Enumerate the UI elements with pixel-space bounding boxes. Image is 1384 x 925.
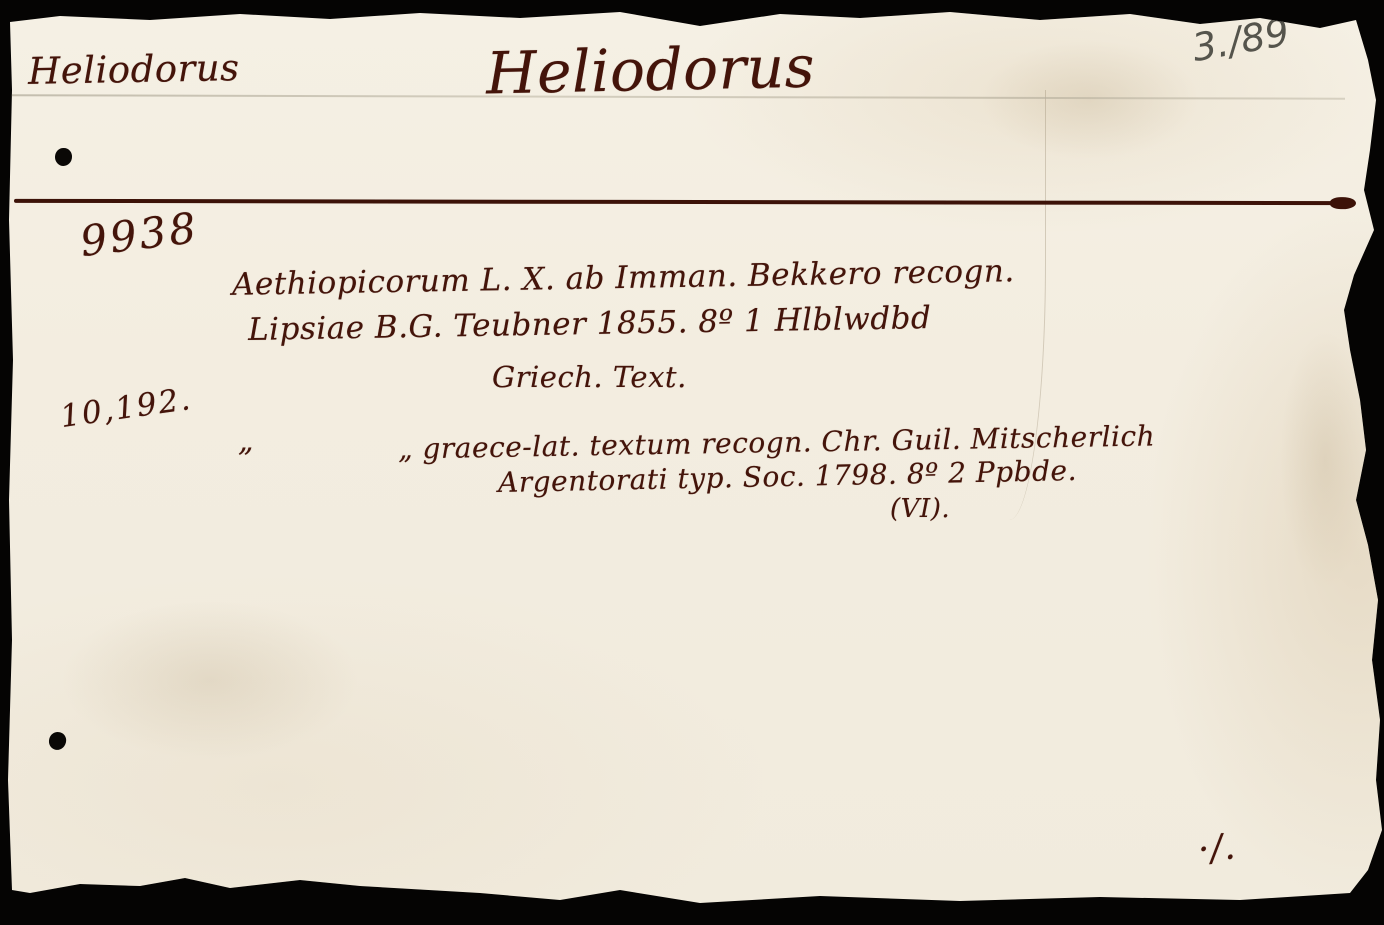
heading-author-center: Heliodorus bbox=[485, 33, 815, 108]
paper-stain bbox=[60, 600, 360, 760]
entry2-volume-note: (VI). bbox=[890, 494, 950, 524]
heading-author-left: Heliodorus bbox=[28, 46, 240, 93]
shelf-number: 9938 bbox=[77, 203, 201, 266]
catalog-card: Heliodorus Heliodorus 3./89 9938 Aethiop… bbox=[0, 0, 1384, 925]
check-mark: ·/. bbox=[1196, 826, 1238, 871]
hand-drawn-rule bbox=[14, 199, 1354, 205]
punch-hole-bottom bbox=[47, 730, 68, 752]
paper-stain bbox=[1280, 330, 1370, 590]
entry1-note-line: Griech. Text. bbox=[492, 360, 687, 394]
ditto-mark: „ bbox=[238, 424, 254, 459]
paper-stain bbox=[980, 40, 1200, 160]
second-shelf-number: 10,192. bbox=[58, 381, 194, 435]
scan-background: Heliodorus Heliodorus 3./89 9938 Aethiop… bbox=[0, 0, 1384, 925]
entry1-imprint-line: Lipsiae B.G. Teubner 1855. 8º 1 Hlblwdbd bbox=[248, 300, 932, 348]
punch-hole-top bbox=[55, 148, 72, 166]
entry1-title-line: Aethiopicorum L. X. ab Imman. Bekkero re… bbox=[232, 253, 1015, 303]
pencil-annotation: 3./89 bbox=[1189, 10, 1293, 70]
